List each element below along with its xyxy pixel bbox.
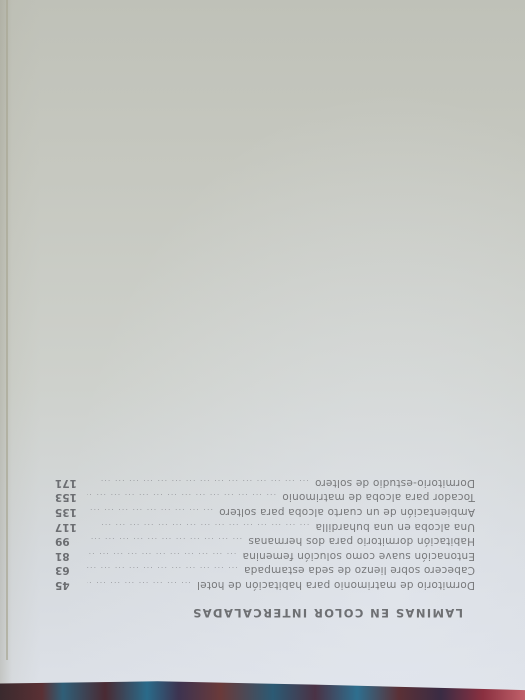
plate-entry: Ambientación de un cuarto alcoba para so… <box>55 504 475 519</box>
plate-entry: Habitación dormitorio para dos hermanas … <box>55 534 475 549</box>
plate-entry: Cabecero sobre lienzo de seda estampada … <box>55 563 475 578</box>
dot-leader <box>87 474 309 489</box>
plate-page-number: 135 <box>55 504 81 519</box>
plate-title: Tocador para alcoba de matrimonio <box>282 490 475 505</box>
plate-entry: Entonación suave como solución femenina … <box>55 548 475 563</box>
plate-title: Habitación dormitorio para dos hermanas <box>248 534 475 549</box>
plate-entry: Dormitorio de matrimonio para habitación… <box>55 577 475 592</box>
plate-title: Ambientación de un cuarto alcoba para so… <box>219 504 475 519</box>
plate-entry: Dormitorio-estudio de soltero 171 <box>55 475 475 490</box>
plate-entry: Una alcoba en una buhardilla 117 <box>55 519 475 534</box>
plate-title: Una alcoba en una buhardilla <box>315 519 475 534</box>
page-spine-edge <box>6 0 8 660</box>
plate-page-number: 45 <box>55 577 81 592</box>
dot-leader <box>87 518 309 533</box>
book-page: LAMINAS EN COLOR INTERCALADAS Dormitorio… <box>0 0 525 700</box>
dot-leader <box>87 489 276 504</box>
plates-index: LAMINAS EN COLOR INTERCALADAS Dormitorio… <box>55 460 475 620</box>
plate-page-number: 63 <box>55 563 81 578</box>
plate-page-number: 99 <box>55 534 81 549</box>
plate-title: Dormitorio-estudio de soltero <box>315 475 475 490</box>
plate-page-number: 153 <box>55 490 81 505</box>
plate-title: Cabecero sobre lienzo de seda estampada <box>244 563 475 578</box>
plates-list: Dormitorio de matrimonio para habitación… <box>55 475 475 592</box>
dot-leader <box>87 547 236 562</box>
plate-entry: Tocador para alcoba de matrimonio 153 <box>55 490 475 505</box>
plate-page-number: 81 <box>55 548 81 563</box>
plate-title: Dormitorio de matrimonio para habitación… <box>197 577 475 592</box>
dot-leader <box>87 562 238 577</box>
dot-leader <box>87 533 242 548</box>
plate-title: Entonación suave como solución femenina <box>242 548 475 563</box>
index-heading: LAMINAS EN COLOR INTERCALADAS <box>55 606 463 620</box>
dot-leader <box>87 576 191 591</box>
plate-page-number: 171 <box>55 475 81 490</box>
dot-leader <box>87 503 213 518</box>
plate-page-number: 117 <box>55 519 81 534</box>
